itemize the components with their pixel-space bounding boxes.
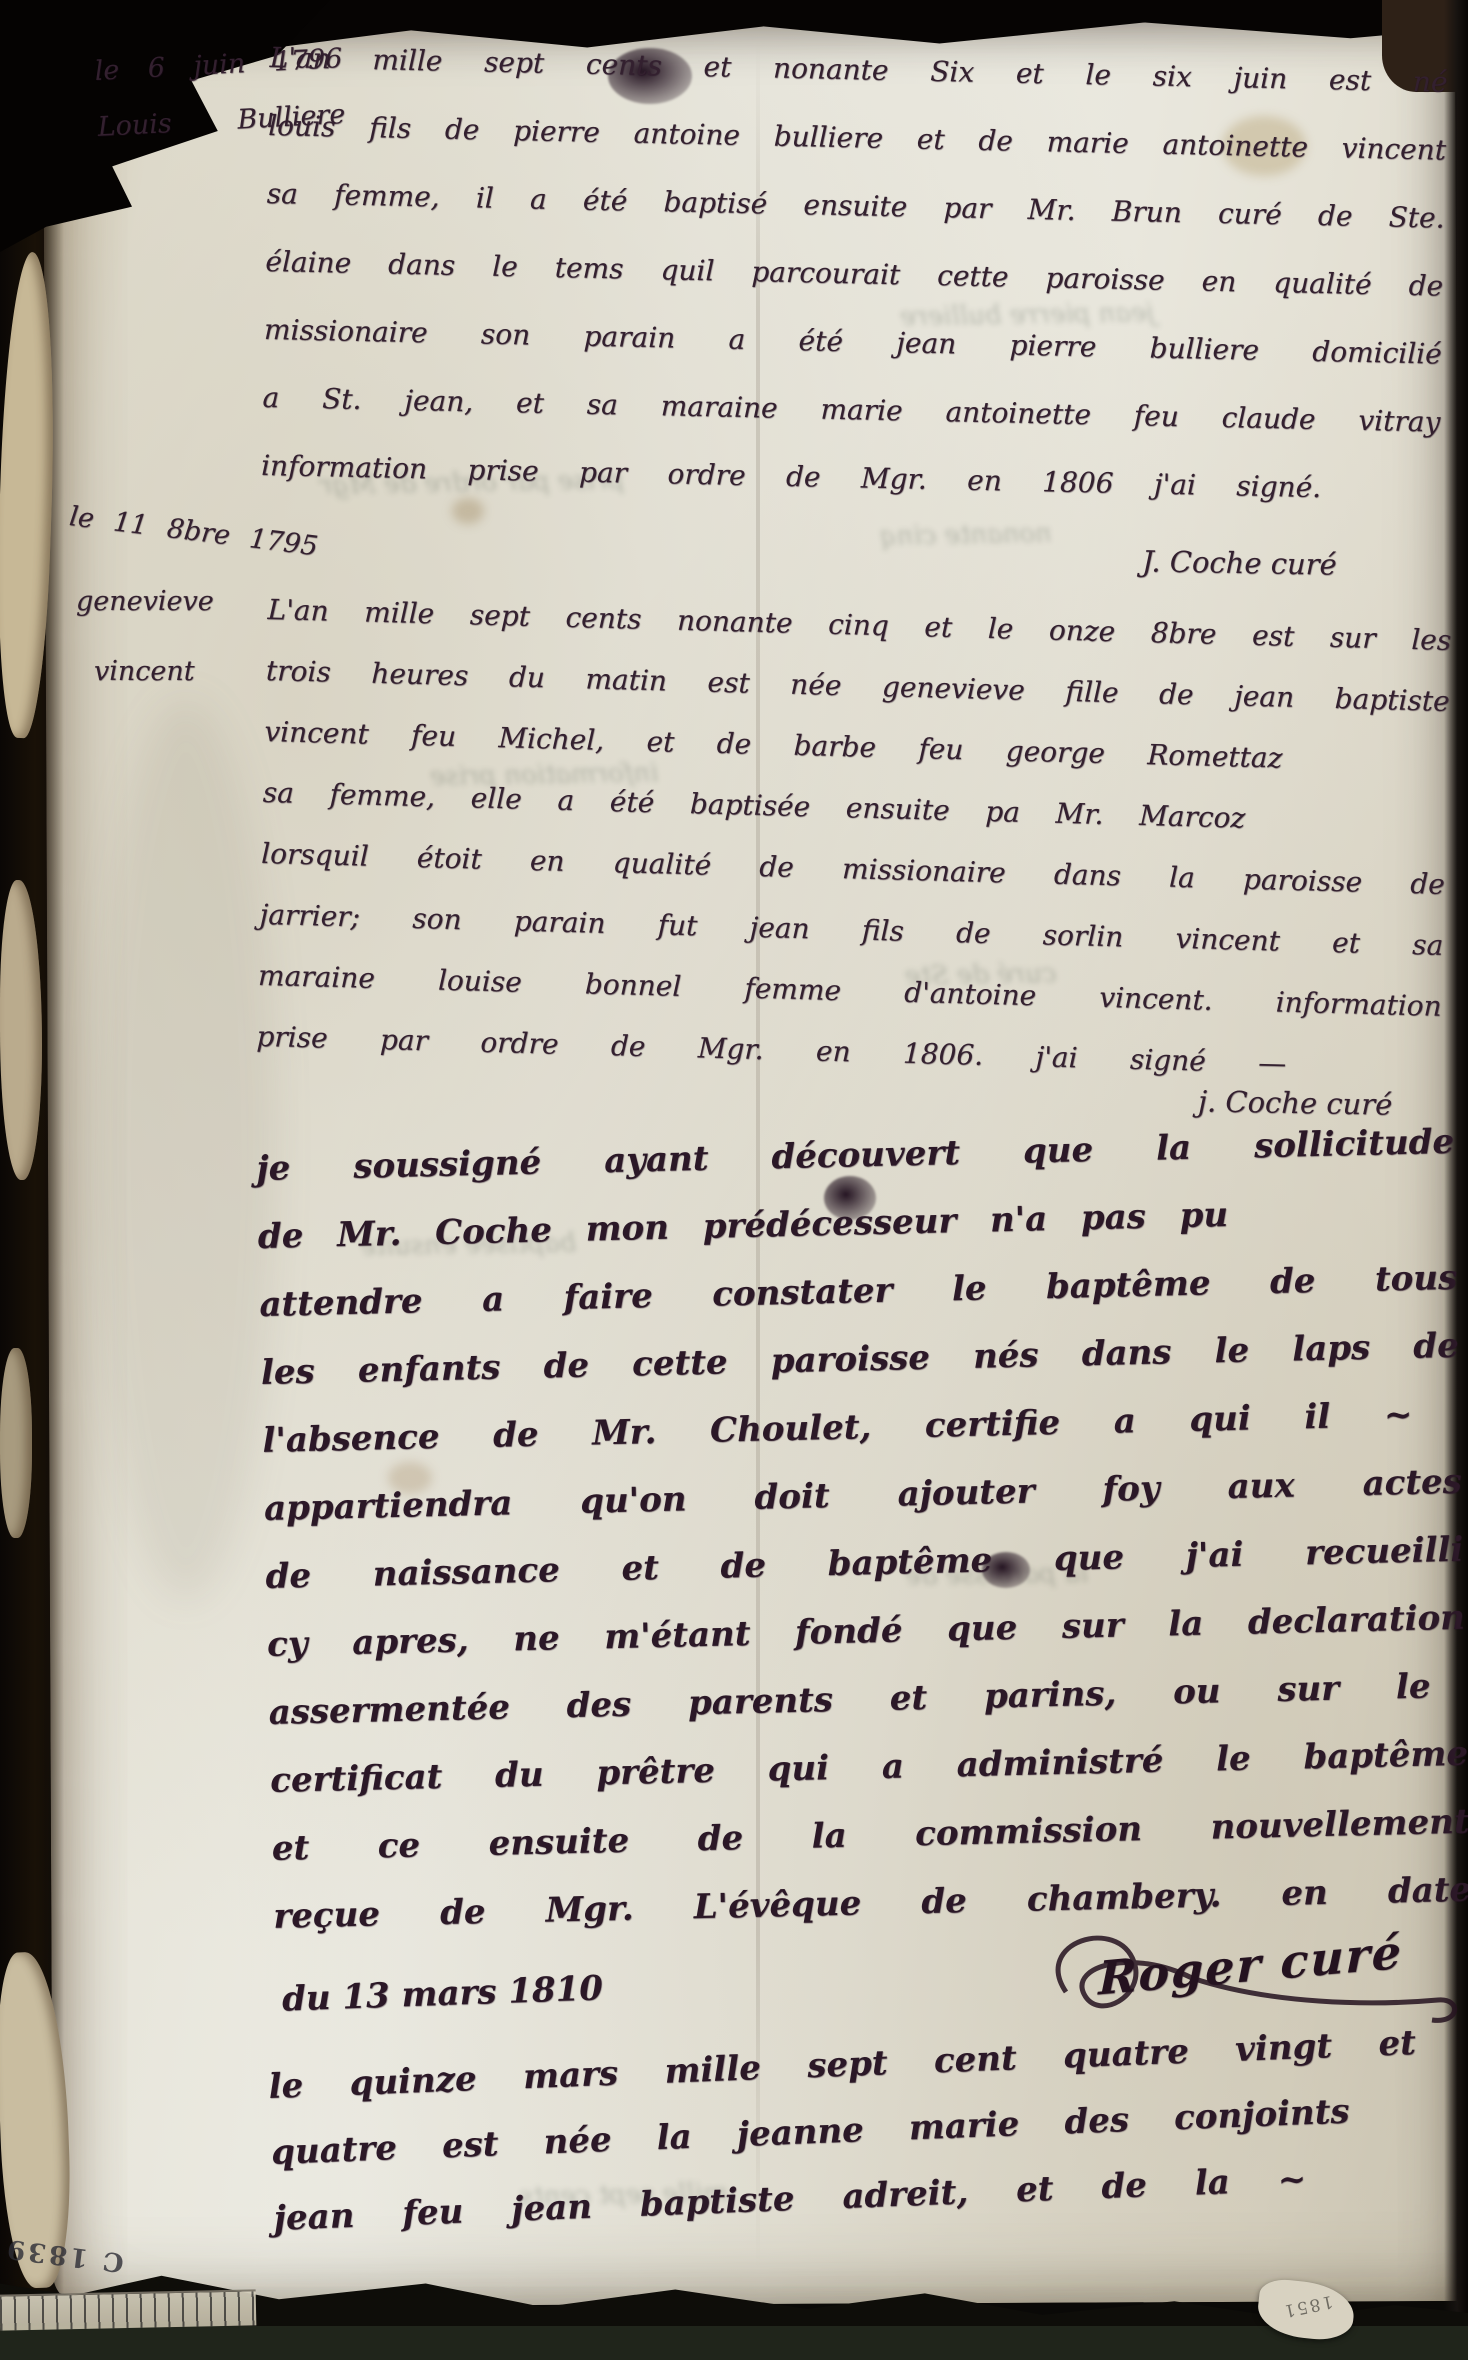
signature-coche: j. Coche curé [1198, 1084, 1393, 1121]
baptism-record-louis-bulliere: L'an mille sept cents et nonante Six et … [260, 44, 1448, 545]
signature-coche: J. Coche curé [1142, 544, 1337, 581]
bottom-table-surface [0, 2326, 1468, 2360]
torn-paper-edge [0, 1348, 32, 1538]
margin-note-line: genevieve [76, 588, 276, 658]
baptism-record-genevieve-vincent: L'an mille sept cents nonante cinq et le… [255, 596, 1451, 1115]
attestation-paragraph: je soussigné ayant découvert que la soll… [256, 1125, 1468, 1968]
register-page-photo: jean pierre bulliereprise par ordre de M… [0, 0, 1468, 2360]
margin-note-line: vincent [94, 658, 254, 728]
paper-shading [96, 700, 276, 1600]
measuring-strip [0, 2289, 256, 2330]
